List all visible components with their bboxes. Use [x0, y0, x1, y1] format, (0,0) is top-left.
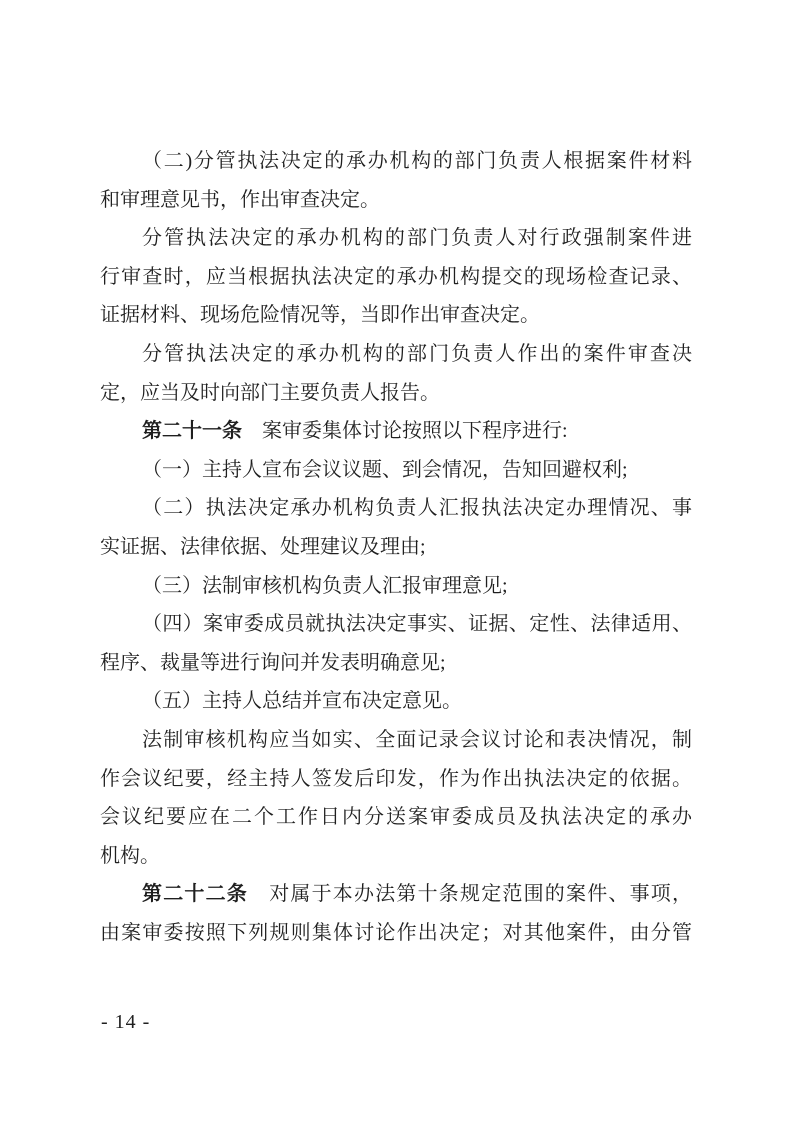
line-segment: 对属于本办法第十条规定范围的案件、事项， — [248, 883, 692, 905]
line-segment: 行审查时，应当根据执法决定的承办机构提交的现场检查记录、 — [100, 266, 692, 288]
text-line: 第二十二条 对属于本办法第十条规定范围的案件、事项， — [100, 875, 692, 914]
text-line: 机构。 — [100, 837, 692, 876]
line-segment: 和审理意见书，作出审查决定。 — [100, 189, 380, 211]
text-line: （四）案审委成员就执法决定事实、证据、定性、法律适用、 — [100, 605, 692, 644]
line-segment: 定，应当及时向部门主要负责人报告。 — [100, 382, 440, 404]
text-line: 分管执法决定的承办机构的部门负责人作出的案件审查决 — [100, 335, 692, 374]
line-segment: 证据材料、现场危险情况等，当即作出审查决定。 — [100, 304, 540, 326]
text-line: 证据材料、现场危险情况等，当即作出审查决定。 — [100, 296, 692, 335]
line-segment: （一）主持人宣布会议议题、到会情况，告知回避权利; — [142, 459, 628, 481]
line-segment: 程序、裁量等进行询问并发表明确意见; — [100, 652, 446, 674]
article-heading: 第二十二条 — [142, 883, 248, 905]
line-segment: 由案审委按照下列规则集体讨论作出决定；对其他案件，由分管 — [100, 922, 692, 944]
text-line: （一）主持人宣布会议议题、到会情况，告知回避权利; — [100, 451, 692, 490]
line-segment: （四）案审委成员就执法决定事实、证据、定性、法律适用、 — [142, 613, 692, 635]
text-line: 程序、裁量等进行询问并发表明确意见; — [100, 644, 692, 683]
line-segment: （三）法制审核机构负责人汇报审理意见; — [142, 575, 508, 597]
text-line: （五）主持人总结并宣布决定意见。 — [100, 682, 692, 721]
text-line: 作会议纪要，经主持人签发后印发，作为作出执法决定的依据。 — [100, 760, 692, 799]
text-line: （三）法制审核机构负责人汇报审理意见; — [100, 567, 692, 606]
line-segment: 分管执法决定的承办机构的部门负责人对行政强制案件进 — [142, 227, 692, 249]
line-segment: 案审委集体讨论按照以下程序进行: — [242, 420, 568, 442]
text-line: （二)分管执法决定的承办机构的部门负责人根据案件材料 — [100, 142, 692, 181]
text-line: 和审理意见书，作出审查决定。 — [100, 181, 692, 220]
line-segment: 会议纪要应在二个工作日内分送案审委成员及执法决定的承办 — [100, 806, 692, 828]
text-line: 法制审核机构应当如实、全面记录会议讨论和表决情况，制 — [100, 721, 692, 760]
line-segment: （二)分管执法决定的承办机构的部门负责人根据案件材料 — [142, 150, 692, 172]
line-segment: 机构。 — [100, 845, 160, 867]
page-number: - 14 - — [101, 1008, 150, 1036]
text-line: 分管执法决定的承办机构的部门负责人对行政强制案件进 — [100, 219, 692, 258]
text-line: 由案审委按照下列规则集体讨论作出决定；对其他案件，由分管 — [100, 914, 692, 953]
line-segment: 实证据、法律依据、处理建议及理由; — [100, 536, 426, 558]
line-segment: 分管执法决定的承办机构的部门负责人作出的案件审查决 — [142, 343, 692, 365]
document-page: （二)分管执法决定的承办机构的部门负责人根据案件材料和审理意见书，作出审查决定。… — [0, 0, 793, 1122]
line-segment: （二）执法决定承办机构负责人汇报执法决定办理情况、事 — [142, 497, 692, 519]
text-line: 实证据、法律依据、处理建议及理由; — [100, 528, 692, 567]
line-segment: 作会议纪要，经主持人签发后印发，作为作出执法决定的依据。 — [100, 768, 692, 790]
text-line: 会议纪要应在二个工作日内分送案审委成员及执法决定的承办 — [100, 798, 692, 837]
text-line: 定，应当及时向部门主要负责人报告。 — [100, 374, 692, 413]
text-line: （二）执法决定承办机构负责人汇报执法决定办理情况、事 — [100, 489, 692, 528]
text-line: 行审查时，应当根据执法决定的承办机构提交的现场检查记录、 — [100, 258, 692, 297]
line-segment: （五）主持人总结并宣布决定意见。 — [142, 690, 462, 712]
document-body: （二)分管执法决定的承办机构的部门负责人根据案件材料和审理意见书，作出审查决定。… — [100, 142, 692, 952]
line-segment: 法制审核机构应当如实、全面记录会议讨论和表决情况，制 — [142, 729, 692, 751]
text-line: 第二十一条 案审委集体讨论按照以下程序进行: — [100, 412, 692, 451]
article-heading: 第二十一条 — [142, 420, 242, 442]
